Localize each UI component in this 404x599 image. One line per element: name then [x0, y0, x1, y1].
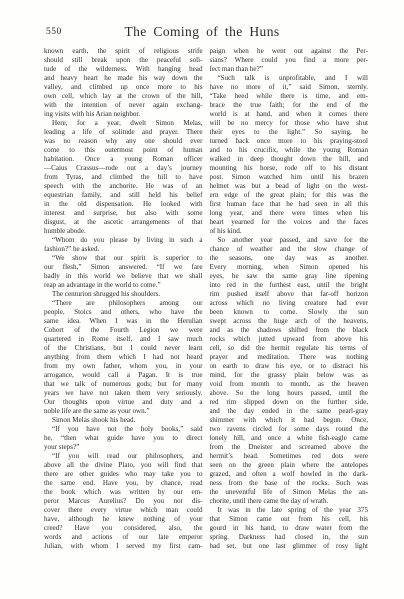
text-line: “Take heed while there is time, and em-	[210, 92, 369, 101]
text-line: chance of weather and the slow change of	[210, 245, 369, 254]
text-line: should still break upon the peaceful sol…	[44, 56, 203, 65]
text-line: cover there every virtue which man could	[44, 506, 203, 515]
text-line: “If you will read our philosophers, and	[44, 452, 203, 461]
text-line: of his kind.	[210, 227, 369, 236]
text-line: ness from the base of the rocks. Such wa…	[210, 479, 369, 488]
text-line: heart yearned for the voices and the fac…	[210, 218, 369, 227]
text-line: come to this outermost point of human	[44, 146, 203, 155]
text-line: brace the true faith; for the end of the	[210, 101, 369, 110]
text-line: interest and surprise, but also with som…	[44, 209, 203, 218]
text-line: Here, for a year, dwelt Simon Melas,	[44, 119, 203, 128]
text-line: void from month to month, as the heaven	[210, 380, 369, 389]
text-line: in the old dispensation. He looked with	[44, 200, 203, 209]
text-line: and to his crucifix, while the young Rom…	[210, 146, 369, 155]
text-line: fashion?” he asked.	[44, 245, 203, 254]
text-line: fect man than he?”	[210, 65, 369, 74]
text-line: walked in deep thought down the hill, an…	[210, 155, 369, 164]
text-line: was no reason why any one should ever	[44, 137, 203, 146]
text-line: long year, and there were times when his	[210, 209, 369, 218]
text-line: been known to come. Slowly the sun	[210, 308, 369, 317]
text-line: humble abode.	[44, 227, 203, 236]
text-line: tude of the wilderness. With hanging hea…	[44, 65, 203, 74]
text-line: peror Marcus Aurelius? Do you not dis-	[44, 497, 203, 506]
text-line: mind, for the grassy plain below was as	[210, 371, 369, 380]
text-line: badly in this world we believe that we s…	[44, 272, 203, 281]
text-line: first human face that he had seen in all…	[210, 200, 369, 209]
text-line: “We show that our spirit is superior to	[44, 254, 203, 263]
text-line: and heavy heart he made his way down the	[44, 74, 203, 83]
text-line: swept across the huge arch of the heaven…	[210, 317, 369, 326]
text-line: same idea. When I was in the Herulian	[44, 317, 203, 326]
text-line: prayer and meditation. There was nothing	[210, 353, 369, 362]
text-line: world is at hand, and when it comes ther…	[210, 110, 369, 119]
text-line: above all the divine Plato, you will fin…	[44, 461, 203, 470]
text-line: lonely hill, and once a white fish-eagle…	[210, 434, 369, 443]
book-page: 550 The Coming of the Huns known earth, …	[0, 0, 404, 599]
text-line: Every morning, when Simon opened his	[210, 263, 369, 272]
text-line: “If you have not the holy books,” said	[44, 425, 203, 434]
text-line: and the day ended in the same pearl-gray	[210, 407, 369, 416]
page-header: 550 The Coming of the Huns	[0, 24, 404, 42]
text-line: quartered in Rome itself, and I saw much	[44, 335, 203, 344]
text-line: So another year passed, and save for the	[210, 236, 369, 245]
text-line: sians? Where could you find a more per-	[210, 56, 369, 65]
text-line: seen on the green plain where the antelo…	[210, 461, 369, 470]
text-line: arrogance, would call a Pagan. It is tru…	[44, 371, 203, 380]
text-line: gourd in his hand, to draw water from th…	[210, 524, 369, 533]
text-line: from Tyras, and climbed the hill to have	[44, 173, 203, 182]
text-line: the seasons, one day was as another.	[210, 254, 369, 263]
text-line: our flesh,” Simon answered. “If we fare	[44, 263, 203, 272]
text-line: that we talk of numerous gods; but for m…	[44, 380, 203, 389]
text-line: from the Dneister and screamed above the	[210, 443, 369, 452]
text-line: “Such talk is unprofitable, and I will	[210, 74, 369, 83]
text-line: known earth, the spirit of religious str…	[44, 47, 203, 56]
text-line: have no more of it,” said Simon, sternly…	[210, 83, 369, 92]
text-line: eyes, he saw the same gray line ripening	[210, 272, 369, 281]
text-line: reap an advantage in the world to come.”	[44, 281, 203, 290]
text-line: the uneventful life of Simon Melas the a…	[210, 488, 369, 497]
text-line: hermit’s head. Sometimes red dots were	[210, 452, 369, 461]
text-line: mounting his horse, rode off to his dist…	[210, 164, 369, 173]
text-line: turned back once more to his praying-sto…	[210, 137, 369, 146]
text-line: anything from them which I had not heard	[44, 353, 203, 362]
text-line: cell, so did the hermit regulate his ter…	[210, 344, 369, 353]
text-line: that Simon came out from his cell, his	[210, 515, 369, 524]
text-line: leading a life of solitude and prayer. T…	[44, 128, 203, 137]
text-line: red rim slipped down on the further side…	[210, 398, 369, 407]
right-column: paign when he went out against the Per-s…	[210, 47, 369, 551]
text-line: people, Stoics and others, who have the	[44, 308, 203, 317]
text-line: above. So the long hours passed, until t…	[210, 389, 369, 398]
text-line: the book which was written by our em-	[44, 488, 203, 497]
text-line: Simon Melas shook his head.	[44, 416, 203, 425]
text-line: your steps?”	[44, 443, 203, 452]
text-line: will be no mercy for those who have shut	[210, 119, 369, 128]
text-line: across which no living creature had ever	[210, 299, 369, 308]
page-title: The Coming of the Huns	[0, 24, 404, 40]
text-line: Cohort of the Fourth Legion we were	[44, 326, 203, 335]
text-line: with the intention of never again exchan…	[44, 101, 203, 110]
text-line: habitation. Once a young Roman officer	[44, 155, 203, 164]
text-line: spring. Darkness had closed in, the sun	[210, 533, 369, 542]
text-line: words and actions of our late emperor	[44, 533, 203, 542]
text-line: speech with the anchorite. He was of an	[44, 182, 203, 191]
text-line: rim pushed itself above that far-off hor…	[210, 290, 369, 299]
text-line: post. Simon watched him until his brazen	[210, 173, 369, 182]
text-line: creed? Have you considered, also, the	[44, 524, 203, 533]
text-line: had set, but one last glimmer of rosy li…	[210, 542, 369, 551]
text-line: valley, and climbed up once more to his	[44, 83, 203, 92]
text-line: there are other guides who may take you …	[44, 470, 203, 479]
text-line: two ravens circled for some days round t…	[210, 425, 369, 434]
text-line: on earth to draw his eye, or to distract…	[210, 362, 369, 371]
left-column: known earth, the spirit of religious str…	[44, 47, 203, 551]
text-line: helmet was but a bead of light on the we…	[210, 182, 369, 191]
text-line: paign when he went out against the Per-	[210, 47, 369, 56]
text-line: ing visits with his Arian neighbor.	[44, 110, 203, 119]
text-line: Our thoughts upon virtue and duty and a	[44, 398, 203, 407]
text-line: years we have not taken them very seriou…	[44, 389, 203, 398]
text-line: of the Christians, but I could never lea…	[44, 344, 203, 353]
text-line: have, although he knew nothing of your	[44, 515, 203, 524]
text-line: he, “then what guide have you to direct	[44, 434, 203, 443]
text-line: ern edge of the great plain; for this wa…	[210, 191, 369, 200]
text-line: the same end. Have you, by chance, read	[44, 479, 203, 488]
text-line: rocks which jutted upward from above his	[210, 335, 369, 344]
text-line: chorite, until there came the day of wra…	[210, 497, 369, 506]
text-line: “Whom do you please by living in such a	[44, 236, 203, 245]
text-line: It was in the late spring of the year 37…	[210, 506, 369, 515]
text-line: “There are philosophers among our	[44, 299, 203, 308]
text-line: their eyes to the light.” So saying, he	[210, 128, 369, 137]
text-line: own cell, which lay at the crown of the …	[44, 92, 203, 101]
text-line: shimmer with which it had begun. Once,	[210, 416, 369, 425]
text-line: noble life are the same as your own.”	[44, 407, 203, 416]
text-line: Julian, with whom I served my first cam-	[44, 542, 203, 551]
text-line: —Caius Crassus—rode out a day’s journey	[44, 164, 203, 173]
text-line: grazed, and often a wolf howled in the d…	[210, 470, 369, 479]
text-line: The centurion shrugged his shoulders.	[44, 290, 203, 299]
text-line: equestrian family, and still held his be…	[44, 191, 203, 200]
text-line: into red in the furthest east, until the…	[210, 281, 369, 290]
text-columns: known earth, the spirit of religious str…	[44, 47, 368, 551]
text-line: and as the shadows shifted from the blac…	[210, 326, 369, 335]
text-line: from my own father, whom you, in your	[44, 362, 203, 371]
text-line: disgust, at the ascetic arrangements of …	[44, 218, 203, 227]
